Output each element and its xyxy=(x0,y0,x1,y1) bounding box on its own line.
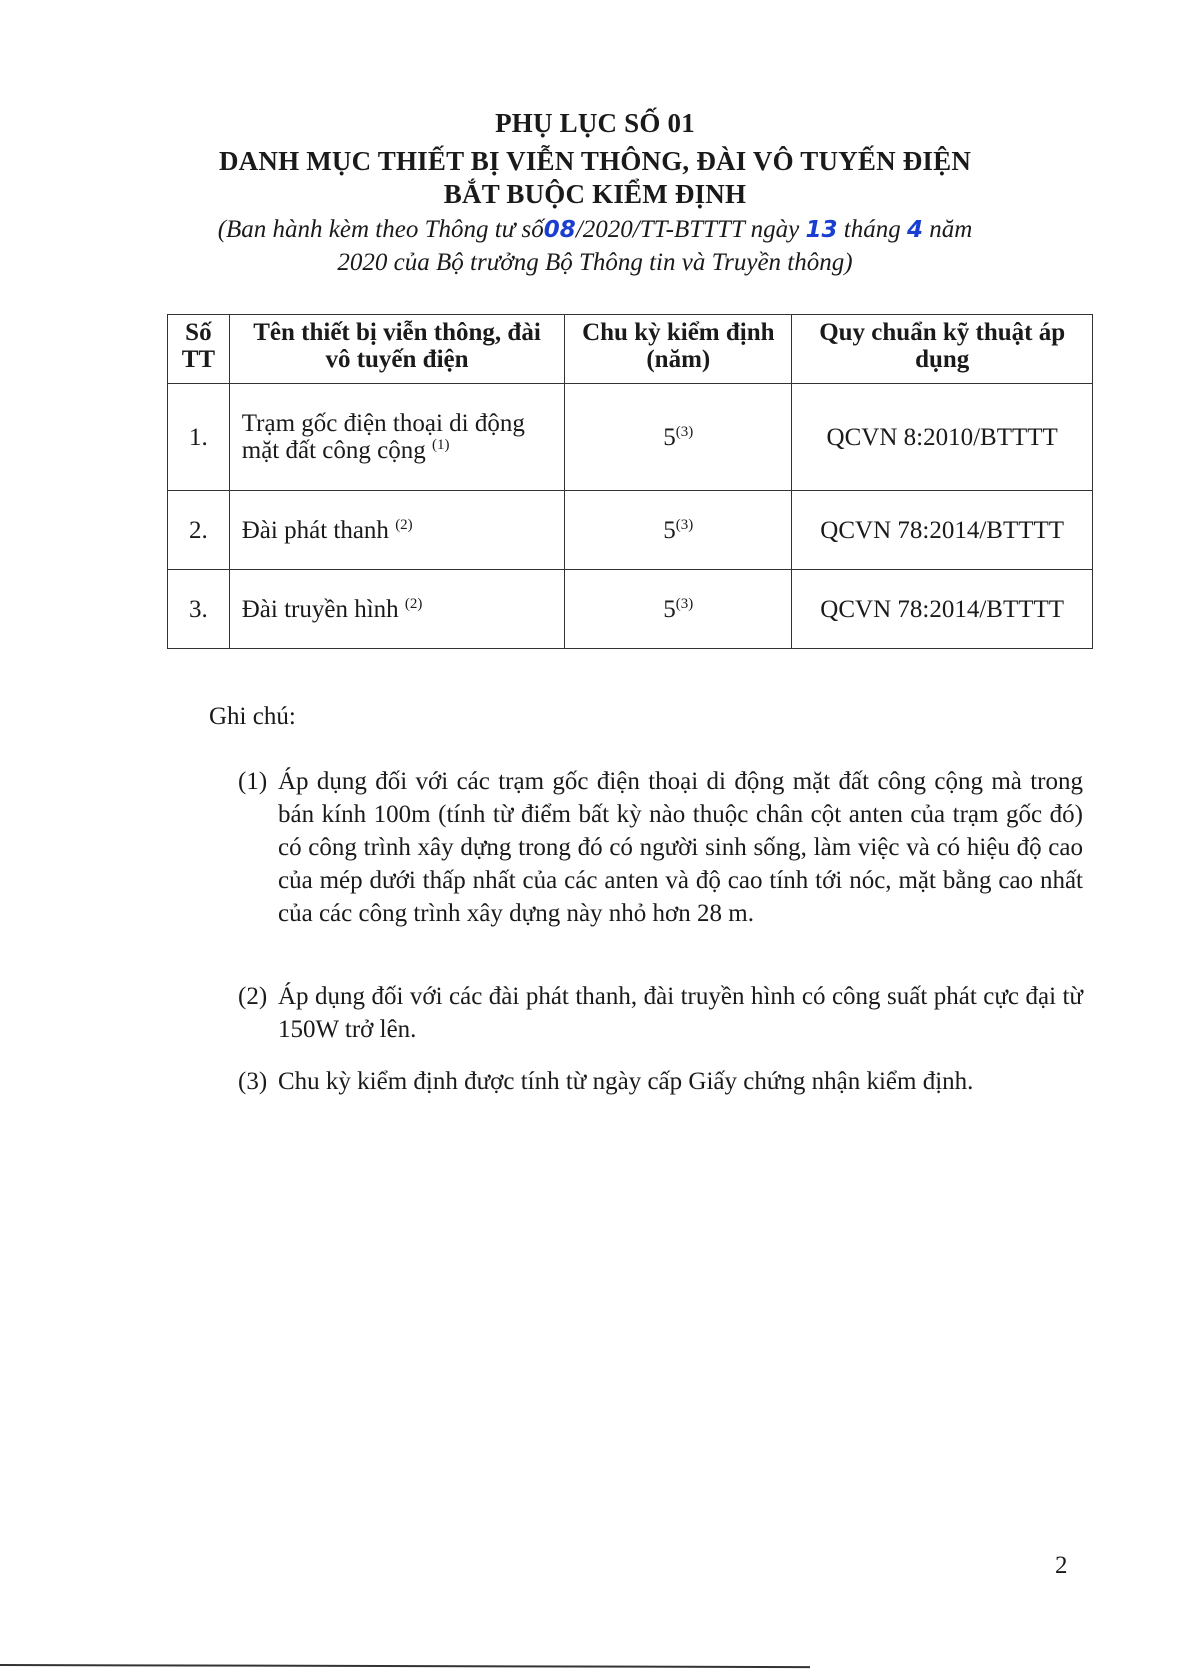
appendix-main-title-line2: BẮT BUỘC KIỂM ĐỊNH xyxy=(0,179,1190,209)
footnote-ref: (3) xyxy=(676,517,694,533)
notes-label: Ghi chú: xyxy=(209,703,296,731)
header-cycle: Chu kỳ kiểm định(năm) xyxy=(565,315,792,384)
row-cycle: 5(3) xyxy=(565,570,792,649)
row-name: Đài truyền hình (2) xyxy=(229,570,565,649)
handwritten-circular-number: 08 xyxy=(544,217,576,243)
row-standard: QCVN 8:2010/BTTTT xyxy=(792,384,1093,491)
header-standard: Quy chuẩn kỹ thuật ápdụng xyxy=(792,315,1093,384)
footnote-ref: (1) xyxy=(432,437,450,453)
appendix-main-title: DANH MỤC THIẾT BỊ VIỄN THÔNG, ĐÀI VÔ TUY… xyxy=(0,146,1190,176)
row-no: 1. xyxy=(168,384,230,491)
appendix-number-title: PHỤ LỤC SỐ 01 xyxy=(0,108,1190,138)
row-standard: QCVN 78:2014/BTTTT xyxy=(792,570,1093,649)
row-name: Đài phát thanh (2) xyxy=(229,491,565,570)
issuance-text-1: (Ban hành kèm theo Thông tư số xyxy=(218,216,544,243)
header-name: Tên thiết bị viễn thông, đàivô tuyến điệ… xyxy=(229,315,565,384)
footnote-ref: (2) xyxy=(395,517,413,533)
note-item: (3) Chu kỳ kiểm định được tính từ ngày c… xyxy=(238,1065,1083,1098)
issuance-text-2: /2020/TT-BTTTT ngày xyxy=(576,216,799,243)
note-text: Chu kỳ kiểm định được tính từ ngày cấp G… xyxy=(278,1065,1083,1098)
note-item: (1) Áp dụng đối với các trạm gốc điện th… xyxy=(238,765,1083,930)
footnote-ref: (3) xyxy=(676,596,694,612)
table-header-row: SốTT Tên thiết bị viễn thông, đàivô tuyế… xyxy=(168,315,1093,384)
handwritten-month: 4 xyxy=(907,217,923,243)
note-item: (2) Áp dụng đối với các đài phát thanh, … xyxy=(238,980,1083,1046)
note-text: Áp dụng đối với các trạm gốc điện thoại … xyxy=(278,765,1083,930)
note-number: (3) xyxy=(238,1065,267,1098)
issuance-text-4: năm xyxy=(923,216,972,243)
table-row: 3. Đài truyền hình (2) 5(3) QCVN 78:2014… xyxy=(168,570,1093,649)
row-name: Trạm gốc điện thoại di độngmặt đất công … xyxy=(229,384,565,491)
header-no: SốTT xyxy=(168,315,230,384)
table-row: 2. Đài phát thanh (2) 5(3) QCVN 78:2014/… xyxy=(168,491,1093,570)
table-row: 1. Trạm gốc điện thoại di độngmặt đất cô… xyxy=(168,384,1093,491)
issuance-note: (Ban hành kèm theo Thông tư số08/2020/TT… xyxy=(0,215,1190,245)
row-standard: QCVN 78:2014/BTTTT xyxy=(792,491,1093,570)
page-number: 2 xyxy=(1055,1552,1068,1580)
row-cycle: 5(3) xyxy=(565,384,792,491)
handwritten-day: 13 xyxy=(806,217,838,243)
note-number: (2) xyxy=(238,980,267,1013)
note-text: Áp dụng đối với các đài phát thanh, đài … xyxy=(278,980,1083,1046)
footnote-ref: (3) xyxy=(676,424,694,440)
note-number: (1) xyxy=(238,765,267,798)
equipment-table: SốTT Tên thiết bị viễn thông, đàivô tuyế… xyxy=(167,314,1093,649)
footnote-ref: (2) xyxy=(405,596,423,612)
issuance-text-3: tháng xyxy=(838,216,907,243)
row-no: 3. xyxy=(168,570,230,649)
row-no: 2. xyxy=(168,491,230,570)
footer-divider xyxy=(0,1664,810,1668)
row-cycle: 5(3) xyxy=(565,491,792,570)
issuance-note-line2: 2020 của Bộ trưởng Bộ Thông tin và Truyề… xyxy=(0,248,1190,278)
